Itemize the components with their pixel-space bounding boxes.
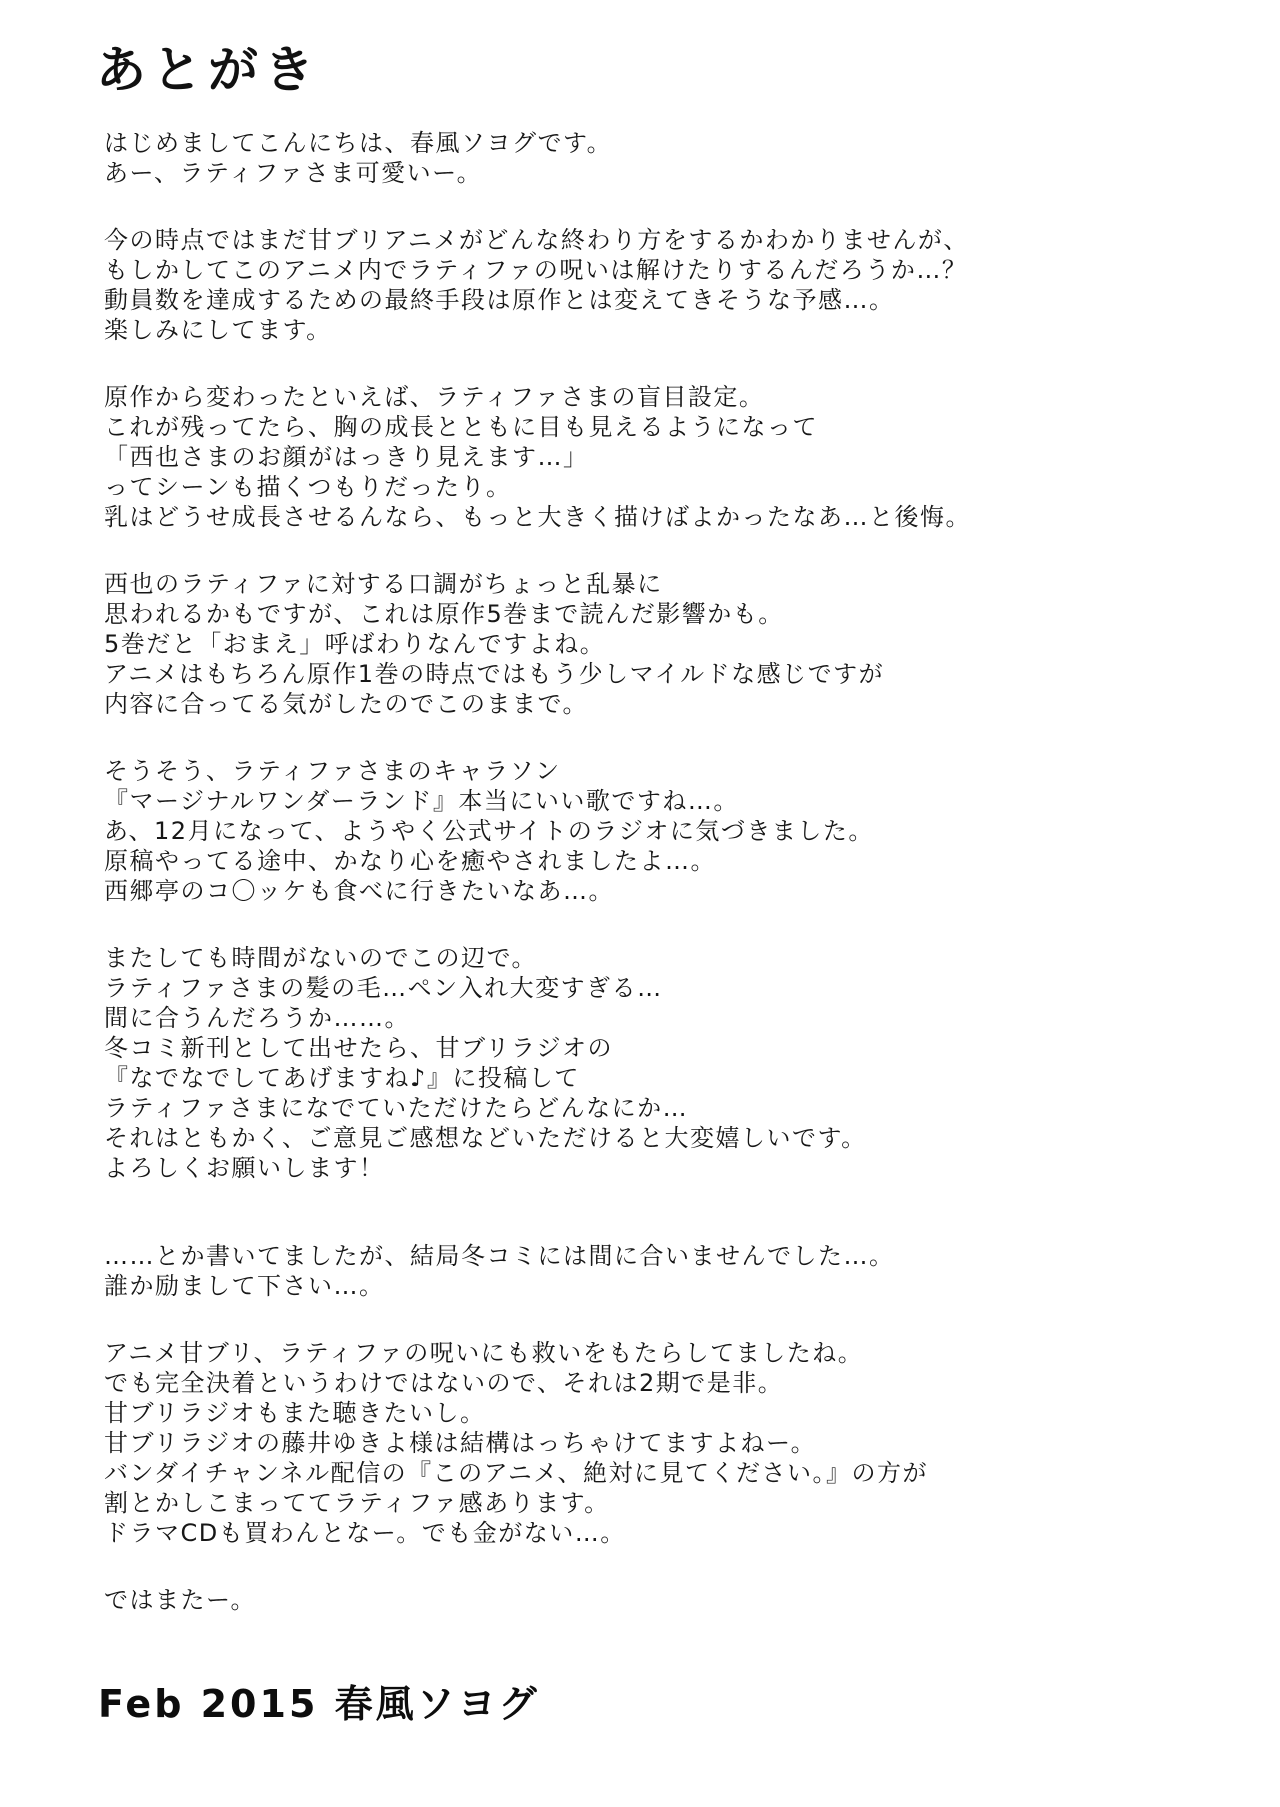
text-line: 『マージナルワンダーランド』本当にいい歌ですね…。 xyxy=(104,786,1220,816)
text-line: ……とか書いてましたが、結局冬コミには間に合いませんでした…。 xyxy=(104,1241,1220,1271)
text-line: バンダイチャンネル配信の『このアニメ、絶対に見てください。』の方が xyxy=(104,1458,1220,1488)
text-line: ラティファさまになでていただけたらどんなにか… xyxy=(104,1093,1220,1123)
text-line: もしかしてこのアニメ内でラティファの呪いは解けたりするんだろうか…？ xyxy=(104,255,1220,285)
signature-date: Feb 2015 春風ソヨグ xyxy=(98,1673,1220,1728)
text-line: 割とかしこまっててラティファ感あります。 xyxy=(104,1488,1220,1518)
text-line: 乳はどうせ成長させるんなら、もっと大きく描けばよかったなあ…と後悔。 xyxy=(104,502,1220,532)
text-line: またしても時間がないのでこの辺で。 xyxy=(104,943,1220,973)
text-line: 「西也さまのお顔がはっきり見えます…」 xyxy=(104,442,1220,472)
text-line: 動員数を達成するための最終手段は原作とは変えてきそうな予感…。 xyxy=(104,285,1220,315)
text-line: ではまたー。 xyxy=(104,1585,1220,1615)
text-line: ラティファさまの髪の毛…ペン入れ大変すぎる… xyxy=(104,973,1220,1003)
text-line: 甘ブリラジオの藤井ゆきよ様は結構はっちゃけてますよねー。 xyxy=(104,1428,1220,1458)
text-line: 誰か励まして下さい…。 xyxy=(104,1271,1220,1301)
text-line: 思われるかもですが、これは原作5巻まで読んだ影響かも。 xyxy=(104,599,1220,629)
text-line: でも完全決着というわけではないので、それは2期で是非。 xyxy=(104,1368,1220,1398)
paragraph: 原作から変わったといえば、ラティファさまの盲目設定。これが残ってたら、胸の成長と… xyxy=(104,382,1220,532)
text-line: 原稿やってる途中、かなり心を癒やされましたよ…。 xyxy=(104,846,1220,876)
paragraph: 今の時点ではまだ甘ブリアニメがどんな終わり方をするかわかりませんが、もしかしてこ… xyxy=(104,225,1220,345)
paragraph: 西也のラティファに対する口調がちょっと乱暴に思われるかもですが、これは原作5巻ま… xyxy=(104,569,1220,719)
paragraph: ……とか書いてましたが、結局冬コミには間に合いませんでした…。誰か励まして下さい… xyxy=(104,1241,1220,1301)
text-line: 内容に合ってる気がしたのでこのままで。 xyxy=(104,689,1220,719)
text-line: アニメ甘ブリ、ラティファの呪いにも救いをもたらしてましたね。 xyxy=(104,1338,1220,1368)
paragraph: はじめましてこんにちは、春風ソヨグです。あー、ラティファさま可愛いー。 xyxy=(104,128,1220,188)
text-line: 楽しみにしてます。 xyxy=(104,315,1220,345)
text-line: 今の時点ではまだ甘ブリアニメがどんな終わり方をするかわかりませんが、 xyxy=(104,225,1220,255)
text-line: 原作から変わったといえば、ラティファさまの盲目設定。 xyxy=(104,382,1220,412)
text-line: これが残ってたら、胸の成長とともに目も見えるようになって xyxy=(104,412,1220,442)
text-line: 西也のラティファに対する口調がちょっと乱暴に xyxy=(104,569,1220,599)
page-title: あとがき xyxy=(96,30,1220,102)
text-line: よろしくお願いします！ xyxy=(104,1153,1220,1183)
text-line: 5巻だと「おまえ」呼ばわりなんですよね。 xyxy=(104,629,1220,659)
text-line: アニメはもちろん原作1巻の時点ではもう少しマイルドな感じですが xyxy=(104,659,1220,689)
text-line: 西郷亭のコ〇ッケも食べに行きたいなあ…。 xyxy=(104,876,1220,906)
paragraph: アニメ甘ブリ、ラティファの呪いにも救いをもたらしてましたね。でも完全決着というわ… xyxy=(104,1338,1220,1548)
text-line: ってシーンも描くつもりだったり。 xyxy=(104,472,1220,502)
text-line: 『なでなでしてあげますね♪』に投稿して xyxy=(104,1063,1220,1093)
text-line: 冬コミ新刊として出せたら、甘ブリラジオの xyxy=(104,1033,1220,1063)
paragraph: そうそう、ラティファさまのキャラソン『マージナルワンダーランド』本当にいい歌です… xyxy=(104,756,1220,906)
text-line: ドラマCDも買わんとなー。でも金がない…。 xyxy=(104,1518,1220,1548)
text-line: はじめましてこんにちは、春風ソヨグです。 xyxy=(104,128,1220,158)
text-line: そうそう、ラティファさまのキャラソン xyxy=(104,756,1220,786)
text-line: それはともかく、ご意見ご感想などいただけると大変嬉しいです。 xyxy=(104,1123,1220,1153)
afterword-page: あとがき はじめましてこんにちは、春風ソヨグです。あー、ラティファさま可愛いー。… xyxy=(0,0,1280,1807)
paragraph: またしても時間がないのでこの辺で。ラティファさまの髪の毛…ペン入れ大変すぎる…間… xyxy=(104,943,1220,1183)
text-line: 間に合うんだろうか……。 xyxy=(104,1003,1220,1033)
text-line: あ、12月になって、ようやく公式サイトのラジオに気づきました。 xyxy=(104,816,1220,846)
afterword-body: はじめましてこんにちは、春風ソヨグです。あー、ラティファさま可愛いー。今の時点で… xyxy=(104,128,1220,1615)
text-line: あー、ラティファさま可愛いー。 xyxy=(104,158,1220,188)
text-line: 甘ブリラジオもまた聴きたいし。 xyxy=(104,1398,1220,1428)
paragraph: ではまたー。 xyxy=(104,1585,1220,1615)
